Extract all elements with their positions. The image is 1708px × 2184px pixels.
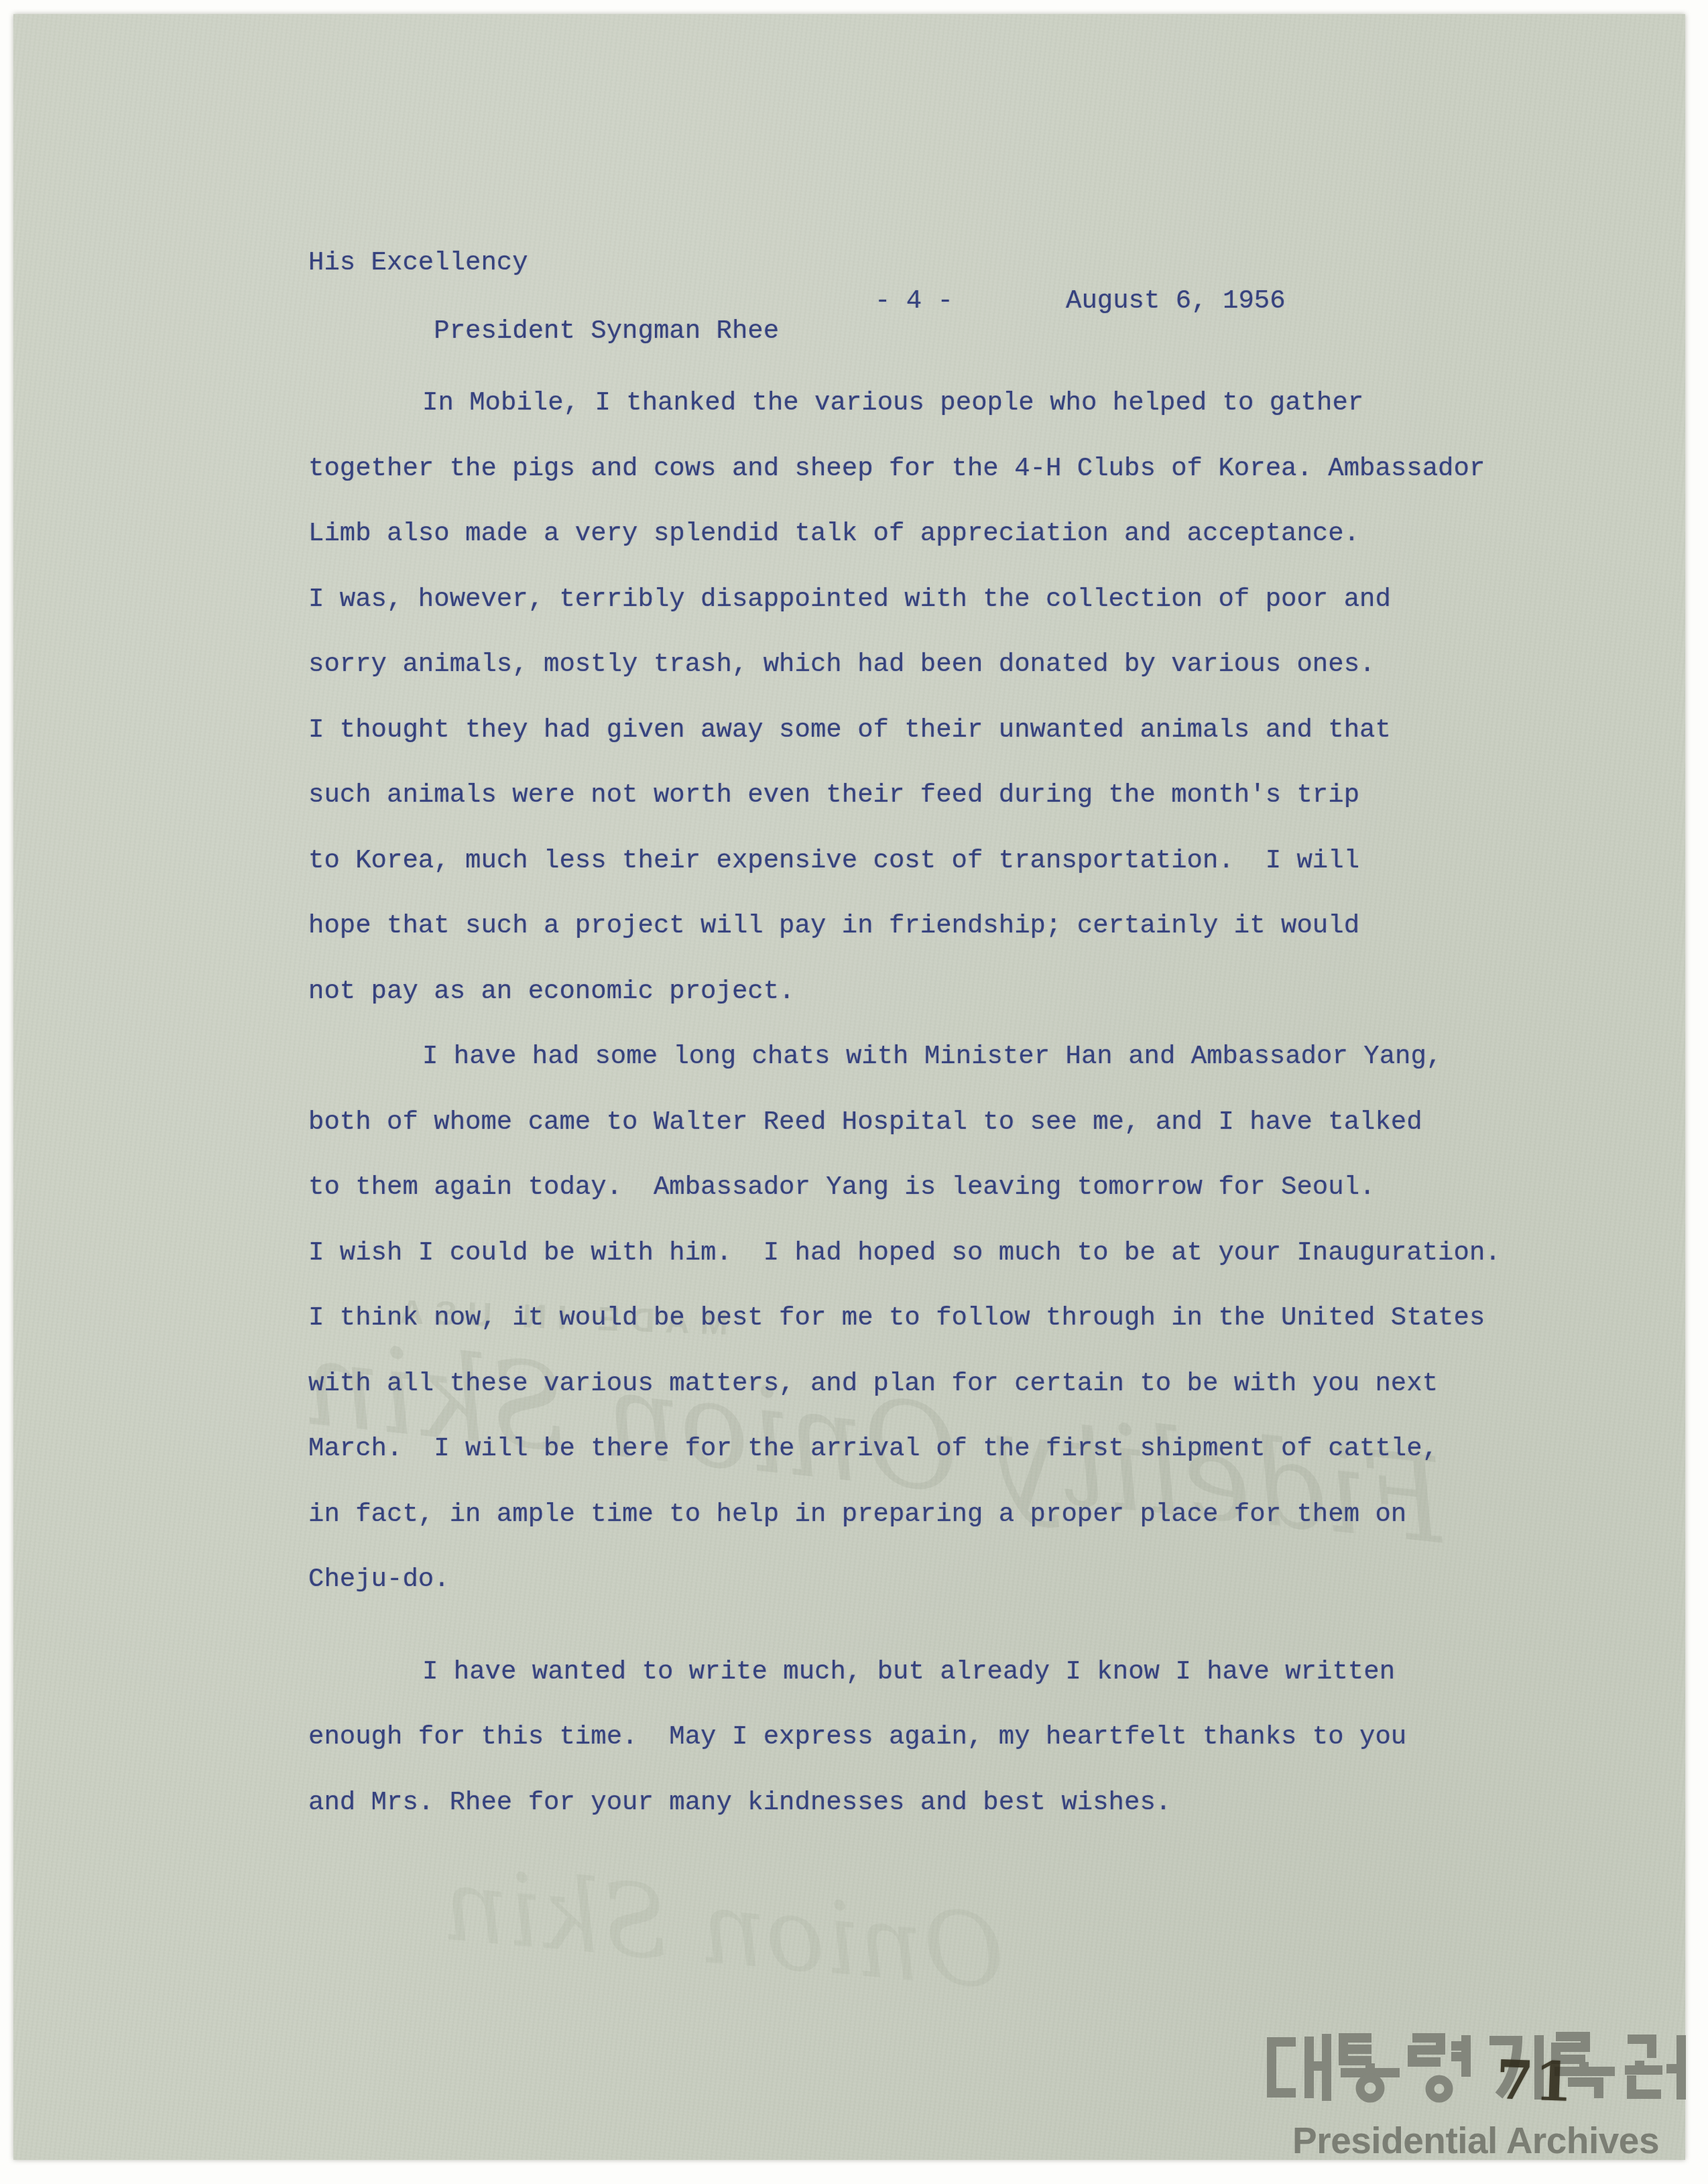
body-line: hope that such a project will pay in fri… <box>308 894 1555 959</box>
addressee-title: His Excellency <box>308 246 779 280</box>
archive-watermark-english: Presidential Archives <box>1292 2119 1659 2162</box>
body-line: to Korea, much less their expensive cost… <box>308 829 1555 894</box>
body-line: to them again today. Ambassador Yang is … <box>308 1155 1555 1221</box>
body-line: such animals were not worth even their f… <box>308 763 1555 829</box>
addressee-name: President Syngman Rhee <box>434 316 779 346</box>
body-line: I was, however, terribly disappointed wi… <box>308 567 1555 633</box>
letter-page: MADE IN USA Fidelity Onion Skin Onion Sk… <box>13 14 1685 2160</box>
body-line: enough for this time. May I express agai… <box>308 1705 1555 1770</box>
body-line: both of whome came to Walter Reed Hospit… <box>308 1090 1555 1156</box>
body-line: I have had some long chats with Minister… <box>308 1024 1555 1090</box>
body-line: In Mobile, I thanked the various people … <box>308 371 1555 436</box>
letter-date: August 6, 1956 <box>1066 284 1286 318</box>
paragraph-2: I have had some long chats with Minister… <box>308 1024 1555 1613</box>
paragraph-1: In Mobile, I thanked the various people … <box>308 371 1555 1024</box>
header-line-2: President Syngman Rhee - 4 - August 6, 1… <box>308 280 779 314</box>
body-line: in fact, in ample time to help in prepar… <box>308 1482 1555 1548</box>
body-line: Limb also made a very splendid talk of a… <box>308 501 1555 567</box>
paragraph-3: I have wanted to write much, but already… <box>308 1640 1555 1836</box>
archive-watermark-korean <box>1263 2028 1693 2107</box>
body-line: March. I will be there for the arrival o… <box>308 1416 1555 1482</box>
archive-page-number-stamp: 71 <box>1495 2048 1575 2114</box>
letter-body: In Mobile, I thanked the various people … <box>308 371 1555 1835</box>
body-line: not pay as an economic project. <box>308 959 1555 1025</box>
body-line: together the pigs and cows and sheep for… <box>308 436 1555 502</box>
paper-bleedthrough-script-lower: Onion Skin <box>438 1847 1010 2012</box>
body-line: with all these various matters, and plan… <box>308 1351 1555 1417</box>
scan-background: MADE IN USA Fidelity Onion Skin Onion Sk… <box>0 0 1708 2184</box>
body-line: I thought they had given away some of th… <box>308 698 1555 764</box>
letter-header: His Excellency President Syngman Rhee - … <box>308 246 779 314</box>
body-line: Cheju-do. <box>308 1547 1555 1613</box>
body-line: I have wanted to write much, but already… <box>308 1640 1555 1705</box>
body-line: and Mrs. Rhee for your many kindnesses a… <box>308 1770 1555 1836</box>
body-line: sorry animals, mostly trash, which had b… <box>308 632 1555 698</box>
body-line: I wish I could be with him. I had hoped … <box>308 1221 1555 1286</box>
page-number: - 4 - <box>875 284 953 318</box>
body-line: I think now, it would be best for me to … <box>308 1286 1555 1351</box>
